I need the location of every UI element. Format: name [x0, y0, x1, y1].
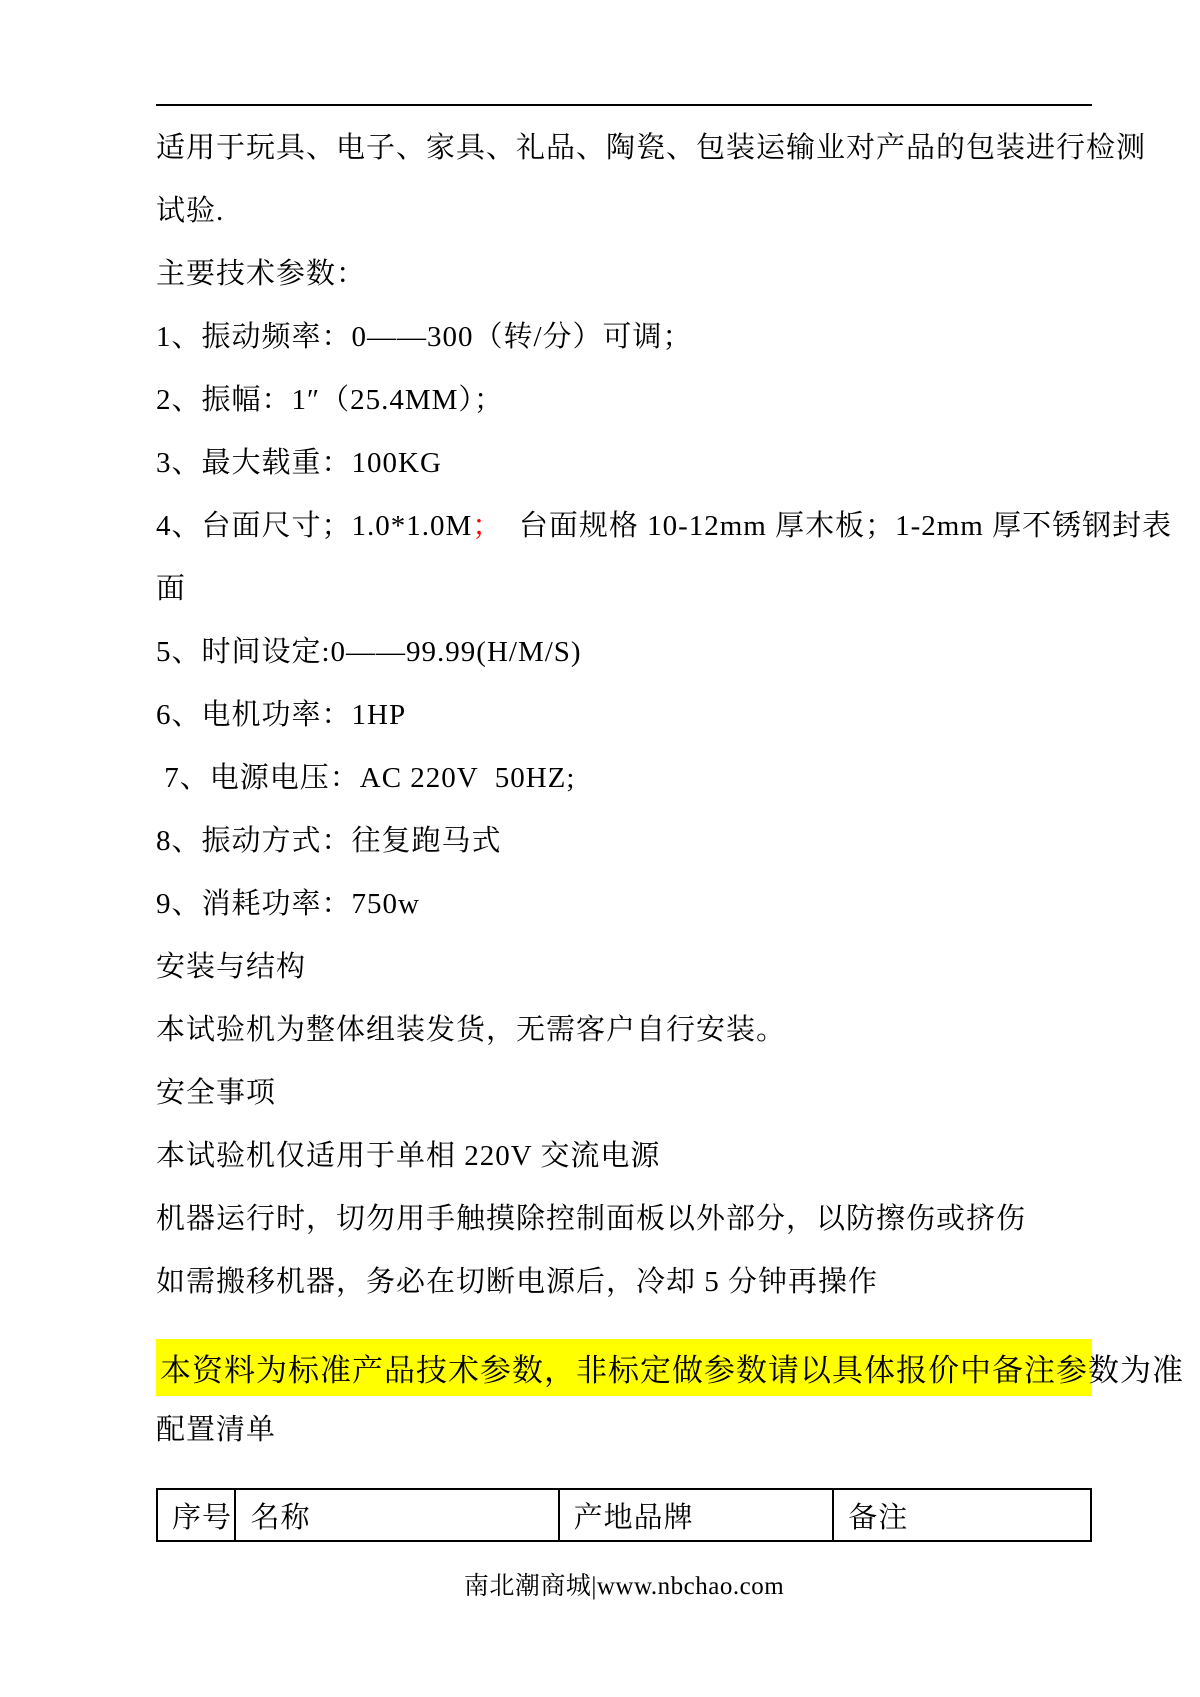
- param-line-7: 7、电源电压：AC 220V 50HZ;: [156, 744, 1092, 807]
- param-line-4-text: 4、台面尺寸；1.0*1.0M: [156, 503, 472, 544]
- config-table-header-row: 序号 名称 产地品牌 备注: [157, 1489, 1091, 1541]
- param-line-4-red-semicolon: ；: [472, 503, 502, 544]
- safety-line-2: 机器运行时，切勿用手触摸除控制面板以外部分，以防擦伤或挤伤: [156, 1185, 1092, 1248]
- safety-line-1: 本试验机仅适用于单相 220V 交流电源: [156, 1122, 1092, 1185]
- safety-section-title: 安全事项: [156, 1059, 1092, 1122]
- install-section-title: 安装与结构: [156, 933, 1092, 996]
- header-rule: [156, 104, 1092, 106]
- param-line-3: 3、最大载重：100KG: [156, 429, 1092, 492]
- param-line-5: 5、时间设定:0——99.99(H/M/S): [156, 618, 1092, 681]
- highlight-note: 本资料为标准产品技术参数，非标定做参数请以具体报价中备注参数为准: [156, 1339, 1092, 1396]
- param-line-9: 9、消耗功率：750w: [156, 870, 1092, 933]
- document-page: 适用于玩具、电子、家具、礼品、陶瓷、包装运输业对产品的包装进行检测 试验. 主要…: [0, 0, 1200, 1697]
- param-line-1: 1、振动频率：0——300（转/分）可调；: [156, 303, 1092, 366]
- config-table-header-brand: 产地品牌: [559, 1489, 834, 1541]
- param-line-4-wrap: 面: [156, 555, 1092, 618]
- config-table-header-name: 名称: [235, 1489, 558, 1541]
- footer-text: 南北潮商城|www.nbchao.com: [156, 1566, 1092, 1602]
- intro-line-2: 试验.: [156, 177, 1092, 240]
- param-line-4-continuation: 台面规格 10-12mm 厚木板；1-2mm 厚不锈钢封表: [502, 503, 1172, 544]
- params-section-title: 主要技术参数：: [156, 240, 1092, 303]
- param-line-4: 4、台面尺寸；1.0*1.0M； 台面规格 10-12mm 厚木板；1-2mm …: [156, 492, 1092, 555]
- safety-line-3: 如需搬移机器，务必在切断电源后，冷却 5 分钟再操作: [156, 1248, 1092, 1311]
- document-content: 适用于玩具、电子、家具、礼品、陶瓷、包装运输业对产品的包装进行检测 试验. 主要…: [156, 0, 1092, 1542]
- config-table-header-remark: 备注: [833, 1489, 1091, 1541]
- intro-line-1: 适用于玩具、电子、家具、礼品、陶瓷、包装运输业对产品的包装进行检测: [156, 114, 1092, 177]
- param-line-6: 6、电机功率：1HP: [156, 681, 1092, 744]
- config-list-title: 配置清单: [156, 1396, 1092, 1459]
- config-table: 序号 名称 产地品牌 备注: [156, 1488, 1092, 1542]
- config-table-header-index: 序号: [157, 1489, 235, 1541]
- param-line-8: 8、振动方式：往复跑马式: [156, 807, 1092, 870]
- param-line-2: 2、振幅：1″（25.4MM）；: [156, 366, 1092, 429]
- install-body: 本试验机为整体组装发货，无需客户自行安装。: [156, 996, 1092, 1059]
